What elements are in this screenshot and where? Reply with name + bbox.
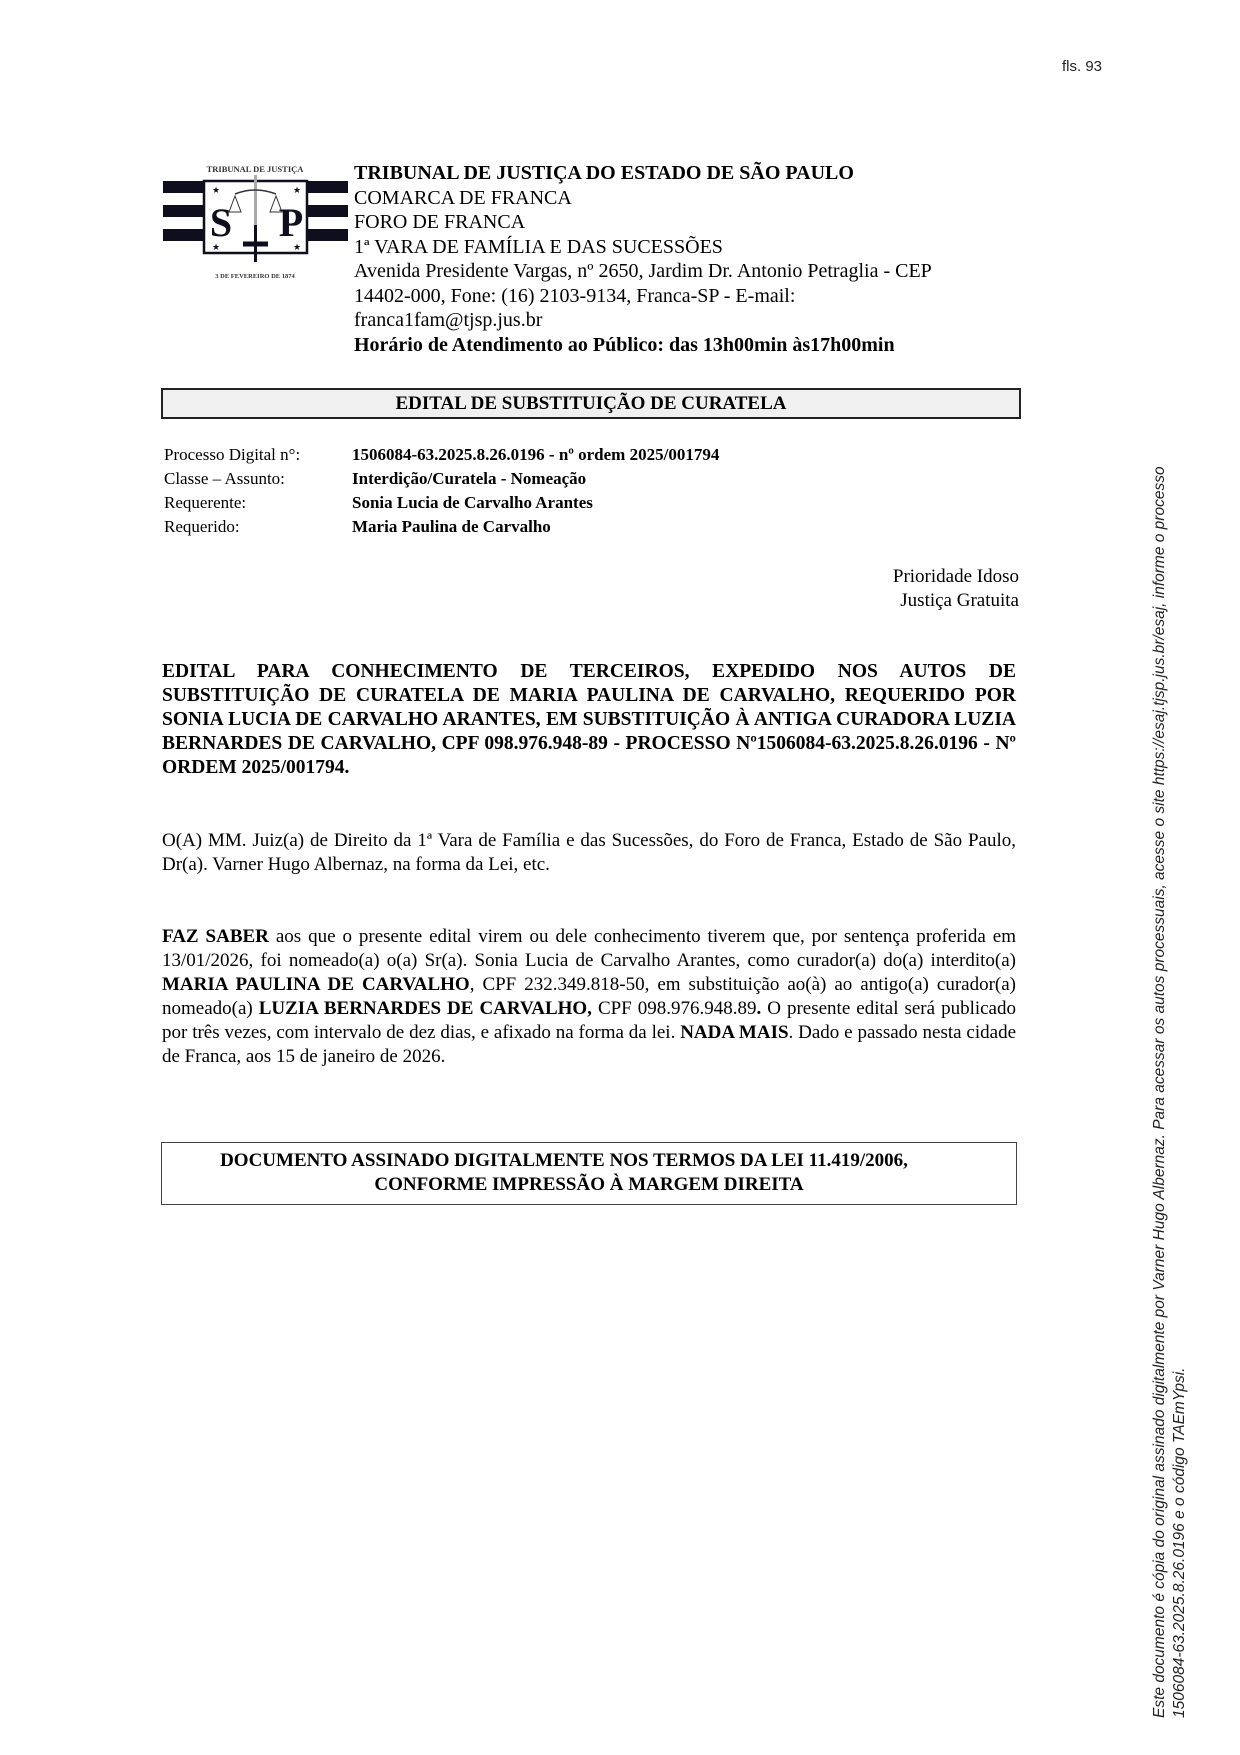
nada-mais: NADA MAIS — [680, 1022, 788, 1043]
flag-priority-elderly: Prioridade Idoso — [893, 565, 1019, 589]
digital-signature-notice: DOCUMENTO ASSINADO DIGITALMENTE NOS TERM… — [161, 1142, 1017, 1205]
logo-letter-p: P — [279, 200, 303, 245]
body-text: aos que o presente edital virem ou dele … — [162, 926, 1016, 971]
signature-notice-line-2: CONFORME IMPRESSÃO À MARGEM DIREITA — [162, 1173, 1016, 1197]
interdito-name: MARIA PAULINA DE CARVALHO — [162, 974, 470, 995]
svg-text:★: ★ — [212, 242, 220, 252]
case-info-value: Maria Paulina de Carvalho — [352, 515, 719, 539]
page-number: fls. 93 — [1062, 58, 1102, 75]
case-info-row: Classe – Assunto: Interdição/Curatela - … — [164, 467, 719, 491]
case-info-row: Requerido: Maria Paulina de Carvalho — [164, 515, 719, 539]
address-line-1: Avenida Presidente Vargas, nº 2650, Jard… — [354, 259, 1034, 284]
logo-letter-s: S — [210, 200, 232, 245]
flag-free-justice: Justiça Gratuita — [893, 589, 1019, 613]
office-hours: Horário de Atendimento ao Público: das 1… — [354, 333, 1034, 358]
svg-text:★: ★ — [212, 185, 220, 195]
case-info-value: Sonia Lucia de Carvalho Arantes — [352, 491, 719, 515]
logo-top-text: TRIBUNAL DE JUSTIÇA — [207, 164, 305, 174]
vara: 1ª VARA DE FAMÍLIA E DAS SUCESSÕES — [354, 235, 1034, 260]
comarca: COMARCA DE FRANCA — [354, 186, 1034, 211]
case-info-label: Requerido: — [164, 515, 352, 539]
authenticity-side-note: Este documento é cópia do original assin… — [1150, 466, 1190, 1718]
edital-heading-paragraph: EDITAL PARA CONHECIMENTO DE TERCEIROS, E… — [162, 660, 1016, 780]
case-info-value: 1506084-63.2025.8.26.0196 - nº ordem 202… — [352, 443, 719, 467]
case-flags: Prioridade Idoso Justiça Gratuita — [893, 565, 1019, 613]
former-curator-name: LUZIA BERNARDES DE CARVALHO, — [259, 998, 592, 1019]
body-paragraph: FAZ SABER aos que o presente edital vire… — [162, 925, 1016, 1069]
svg-text:★: ★ — [293, 242, 301, 252]
svg-text:★: ★ — [293, 185, 301, 195]
intro-paragraph: O(A) MM. Juiz(a) de Direito da 1ª Vara d… — [162, 829, 1016, 877]
side-note-line-2: 1506084-63.2025.8.26.0196 e o código TAE… — [1170, 466, 1190, 1718]
side-note-line-1: Este documento é cópia do original assin… — [1150, 466, 1170, 1718]
case-info-row: Processo Digital n°: 1506084-63.2025.8.2… — [164, 443, 719, 467]
case-info-label: Classe – Assunto: — [164, 467, 352, 491]
case-info-value: Interdição/Curatela - Nomeação — [352, 467, 719, 491]
document-title: EDITAL DE SUBSTITUIÇÃO DE CURATELA — [161, 388, 1021, 419]
case-info-table: Processo Digital n°: 1506084-63.2025.8.2… — [164, 443, 719, 539]
court-email: franca1fam@tjsp.jus.br — [354, 308, 1034, 333]
logo-bottom-text: 3 DE FEVEREIRO DE 1874 — [215, 273, 295, 280]
court-name: TRIBUNAL DE JUSTIÇA DO ESTADO DE SÃO PAU… — [354, 161, 1034, 186]
body-text: CPF 098.976.948.89 — [592, 998, 757, 1019]
case-info-label: Processo Digital n°: — [164, 443, 352, 467]
signature-notice-line-1: DOCUMENTO ASSINADO DIGITALMENTE NOS TERM… — [162, 1149, 1016, 1173]
address-line-2: 14402-000, Fone: (16) 2103-9134, Franca-… — [354, 284, 1034, 309]
foro: FORO DE FRANCA — [354, 210, 1034, 235]
tjsp-logo: TRIBUNAL DE JUSTIÇA S P ★ ★ ★ ★ 3 DE FEV… — [163, 150, 348, 285]
tjsp-coat-of-arms-icon: TRIBUNAL DE JUSTIÇA S P ★ ★ ★ ★ 3 DE FEV… — [163, 150, 348, 285]
case-info-label: Requerente: — [164, 491, 352, 515]
case-info-row: Requerente: Sonia Lucia de Carvalho Aran… — [164, 491, 719, 515]
faz-saber: FAZ SABER — [162, 926, 269, 947]
court-header: TRIBUNAL DE JUSTIÇA DO ESTADO DE SÃO PAU… — [354, 161, 1034, 357]
